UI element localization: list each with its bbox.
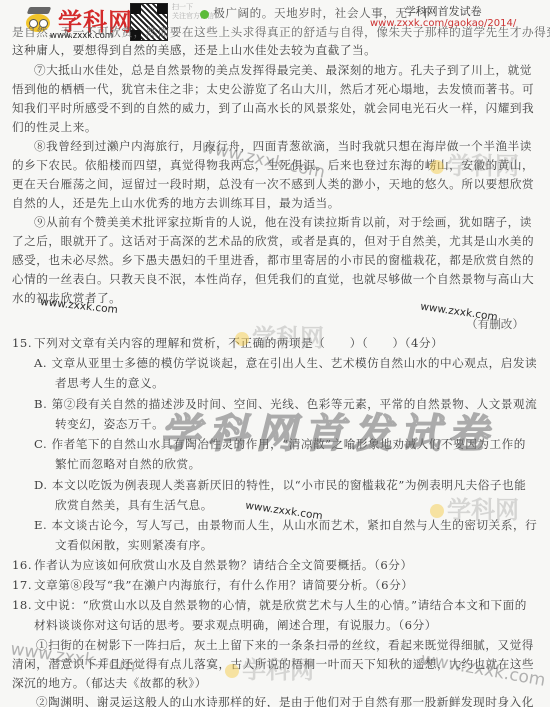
wechat-icon bbox=[200, 10, 209, 19]
mascot-icon bbox=[430, 504, 444, 518]
option-a-cont: 者思考人生的意义。 bbox=[55, 376, 164, 390]
material-2-line: ②陶渊明、谢灵运这般人的山水诗那样的好，是由于他们对于自然有那一股新鲜发现时身入… bbox=[36, 695, 534, 707]
option-c-cont: 繁忙而忽略对自然的欣赏。 bbox=[55, 457, 201, 471]
material-1-line: 深沉的地方。（郁达夫《故都的秋》） bbox=[12, 676, 207, 690]
question-number: 15. bbox=[12, 336, 34, 350]
passage-line: 自然的人，还是先上山水优秀的地方去训练耳目，最为适当。 bbox=[12, 196, 340, 210]
question-stem: 下列对文章有关内容的理解和赏析，不正确的两项是（ ）（ ）（4分） bbox=[34, 336, 443, 350]
passage-line: 们的性灵上来。 bbox=[12, 120, 97, 134]
option-d-cont: 欣赏自然美，具有生活气息。 bbox=[55, 498, 213, 512]
passage-line: 知我们平时所感受不到的自然的威力，到了山高水长的风景浆处，就会同电光石火一样，闪… bbox=[12, 101, 534, 115]
option-d: D. 本文以吃饭为例表现人类喜新厌旧的特性，以“小市民的窗槛栽花”为例表明凡夫俗… bbox=[34, 478, 526, 492]
question-18-cont: 材料谈谈你对这句话的思考。要求观点明确，阐述合理，有说服力。（6分） bbox=[34, 618, 437, 632]
question-16: 16.作者认为应该如何欣赏山水及自然景物？请结合全文简要概括。（6分） bbox=[12, 558, 413, 572]
option-e-cont: 文看似闲散，实则紧凑有序。 bbox=[55, 538, 213, 552]
material-1-line: ①扫街的在树影下一阵扫后，灰土上留下来的一条条扫帚的丝纹，看起来既觉得细腻，又觉… bbox=[36, 638, 534, 652]
passage-line: ⑦大抵山水佳处，总是自然景物的美点发挥得最完美、最深刻的地方。孔夫子到了川上，就… bbox=[34, 63, 532, 77]
passage-line: 心情的一丝表白。只教天良不泯，本性尚存，但凭我们的直觉，也就尽够做一个自然景物与… bbox=[12, 272, 534, 286]
passage-line: ⑨从前有个赞美美术批评家拉斯肯的人说，他在没有读拉斯肯以前，对于绘画，犹如瞎子，… bbox=[34, 215, 532, 229]
option-b-cont: 转变幻，姿态万千。 bbox=[55, 417, 164, 431]
passage-line: 的乡下农民。依船楼而四望，真觉得物我两忘，生死俱泯。后来也登过东海的崂山，安徽的… bbox=[12, 158, 534, 172]
option-b: B. 第②段有关自然的描述涉及时间、空间、光线、色彩等元素，平常的自然景物、人文… bbox=[34, 397, 537, 411]
passage-line: 感受，也未必尽然。乡下愚夫愚妇的千里进香，都市里寄居的小市民的窗槛栽花，都是欣赏… bbox=[12, 253, 534, 267]
question-18: 18.文中说：“欣赏山水以及自然景物的心情，就是欣赏艺术与人生的心情。”请结合本… bbox=[12, 598, 527, 612]
passage-line: 更在天台雁荡之间，逗留过一段时期，总没有一次不感到人类的渺小，天地的悠久。所以要… bbox=[12, 177, 534, 191]
option-c: C. 作者笔下的自然山水具有陶冶性灵的作用，“清凉散”之喻形象地劝诫人们不要因为… bbox=[34, 437, 526, 451]
passage-line: 了之后，眼就开了。这话对于高深的艺术品的欣赏，或者是真的，但对于自然美，尤其是山… bbox=[12, 234, 534, 248]
question-15: 15.下列对文章有关内容的理解和赏析，不正确的两项是（ ）（ ）（4分） bbox=[12, 336, 443, 350]
exam-page: 学科网 www.zxxk.com 扫一下 关注官方微信 学科网首发试卷 www.… bbox=[0, 0, 550, 707]
question-17: 17.文章第⑧段写“我”在濑户内海旅行，有什么作用？请简要分析。（6分） bbox=[12, 578, 413, 592]
material-1-line: 清闲，潜意识下并且还觉得有点儿落寞，古人所说的梧桐一叶而天下知秋的遥想，大约也就… bbox=[12, 657, 534, 671]
option-e: E. 本文谈古论今，写人写己，由景物而人生，从山水而艺术，紧扣自然与人生的密切关… bbox=[34, 518, 537, 532]
passage-line: 极广阔的。天地岁时，社会人事，无一不 bbox=[200, 6, 432, 20]
passage-line: 悟到他的栖栖一代，犹官未住之非；太史公游览了名山大川，然后才死心塌地，去发愤而著… bbox=[12, 82, 534, 96]
passage-line: 水的初步欣赏者了。 bbox=[12, 291, 121, 305]
option-a: A. 文章从亚里士多德的模仿学说谈起，意在引出人生、艺术模仿自然山水的中心观点，… bbox=[34, 356, 537, 370]
passage-line: ⑧我曾经到过濑户内海旅行，月夜行舟，四面青葱欲滴，当时我就只想在海岸做一个半渔半… bbox=[34, 139, 532, 153]
source-note: （有删改） bbox=[466, 316, 524, 332]
passage-line: 是自然，无一不可欣赏，然而要在这些上头求得真正的舒适与自得，像朱夫子那样的道学先… bbox=[12, 25, 550, 39]
passage-line: 这种庸人，要想得到自然的美感，还是上山水佳处去较为直截了当。 bbox=[12, 43, 376, 57]
